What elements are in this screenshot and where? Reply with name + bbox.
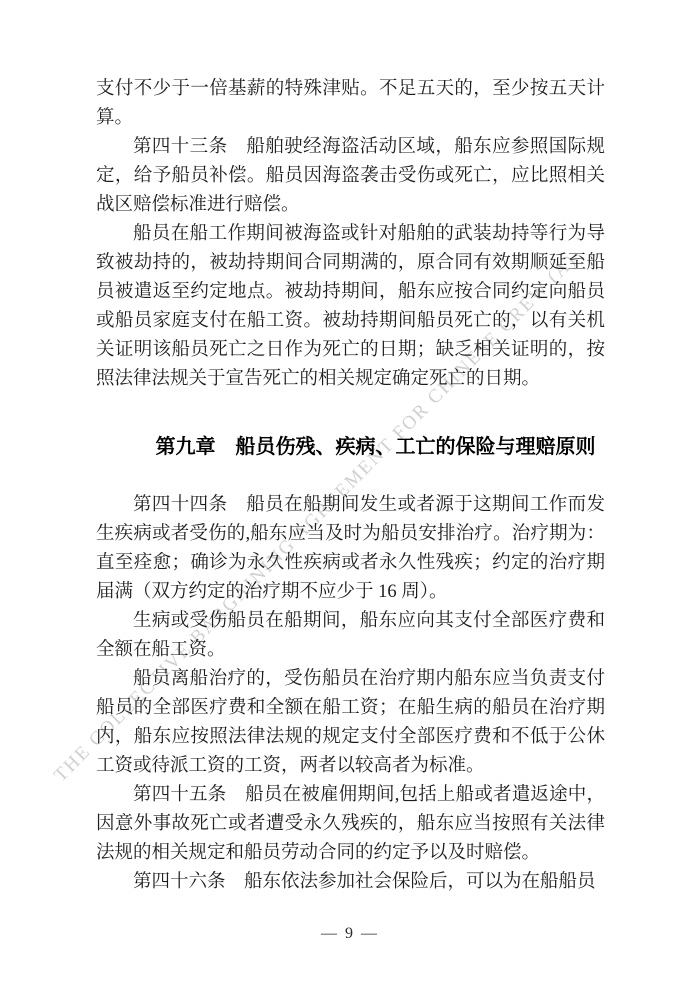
paragraph-article-43-cont: 船员在船工作期间被海盗或针对船舶的武装劫持等行为导致被劫持的，被劫持期间合同期满… <box>96 220 605 394</box>
paragraph-article-44-cont: 生病或受伤船员在船期间，船东应向其支付全部医疗费和全额在船工资。 <box>96 607 605 665</box>
page-number: — 9 — <box>0 924 700 944</box>
paragraph-article-45: 第四十五条 船员在被雇佣期间,包括上船或者遣返途中，因意外事故死亡或者遭受永久残… <box>96 781 605 868</box>
paragraph-article-44: 第四十四条 船员在船期间发生或者源于这期间工作而发生疾病或者受伤的,船东应当及时… <box>96 491 605 607</box>
chapter-heading: 第九章 船员伤残、疾病、工亡的保险与理赔原则 <box>96 433 605 462</box>
paragraph-continuation: 支付不少于一倍基薪的特殊津贴。不足五天的，至少按五天计算。 <box>96 75 605 133</box>
document-page: THE COLLECTIVE BARGAINING AGREEMENT FOR … <box>0 0 700 990</box>
paragraph-article-44-cont2: 船员离船治疗的，受伤船员在治疗期内船东应当负责支付船员的全部医疗费和全额在船工资… <box>96 665 605 781</box>
document-content: 支付不少于一倍基薪的特殊津贴。不足五天的，至少按五天计算。 第四十三条 船舶驶经… <box>96 75 605 897</box>
paragraph-article-46: 第四十六条 船东依法参加社会保险后，可以为在船船员 <box>96 868 605 897</box>
paragraph-article-43: 第四十三条 船舶驶经海盗活动区域，船东应参照国际规定，给予船员补偿。船员因海盗袭… <box>96 133 605 220</box>
